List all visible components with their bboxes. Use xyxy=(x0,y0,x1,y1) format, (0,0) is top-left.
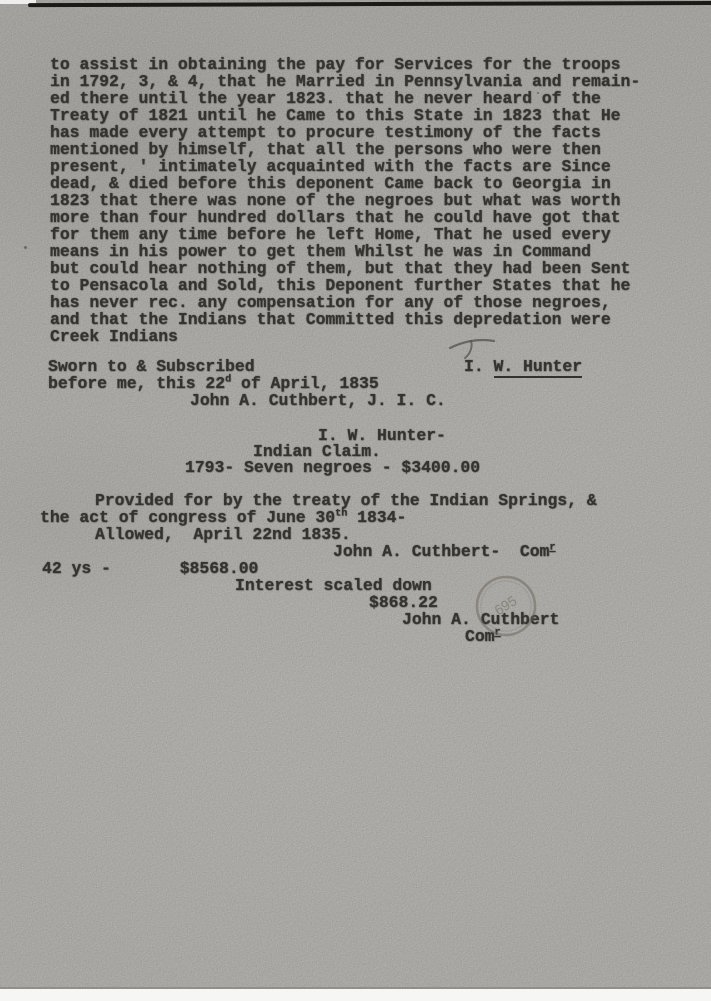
document-page: to assist in obtaining the pay for Servi… xyxy=(0,0,711,1001)
deposition-line: and that the Indians that Committed this… xyxy=(50,311,611,328)
commissioner-abbrev: r xyxy=(549,543,555,554)
provided-date-ordinal: th xyxy=(335,509,347,520)
deposition-line: for them any time before he left Home, T… xyxy=(50,226,611,243)
hunter-signature: I. W. Hunter xyxy=(464,358,582,375)
hunter-signature-initial: I. xyxy=(464,357,494,376)
typewritten-text-layer: to assist in obtaining the pay for Servi… xyxy=(0,0,711,1001)
deposition-line: means in his power to get them Whilst he… xyxy=(50,243,591,260)
allowed-line: Allowed, April 22nd 1835. xyxy=(95,526,351,543)
provided-line-2-year: 1834- xyxy=(347,508,406,527)
commissioner-name: John A. Cuthbert- Com xyxy=(333,542,549,561)
cuthbert-title-abbrev: r xyxy=(495,628,501,639)
provided-line-2: the act of congress of June 30th 1834- xyxy=(40,509,406,526)
deposition-line: ed there until the year 1823. that he ne… xyxy=(50,90,601,107)
deposition-line: has made every attempt to procure testim… xyxy=(50,124,601,141)
deposition-line: dead, & died before this deponent Came b… xyxy=(50,175,611,192)
deposition-line: 1823 that there was none of the negroes … xyxy=(50,192,621,209)
cuthbert-signature: John A. Cuthbert xyxy=(402,611,559,628)
provided-line-1: Provided for by the treaty of the Indian… xyxy=(95,492,597,509)
notary-signature: John A. Cuthbert, J. I. C. xyxy=(190,392,446,409)
deposition-line: mentioned by himself, that all the perso… xyxy=(50,141,601,158)
deposition-line: but could hear nothing of them, but that… xyxy=(50,260,630,277)
sworn-statement-line: Sworn to & Subscribed xyxy=(48,358,255,375)
deposition-line: has never rec. any compensation for any … xyxy=(50,294,611,311)
deposition-line: Creek Indians xyxy=(50,328,178,345)
hunter-signature-name: W. Hunter xyxy=(494,357,583,378)
commissioner-line: John A. Cuthbert- Comr xyxy=(333,543,556,560)
sworn-date-line: before me, this 22d of April, 1835 xyxy=(48,375,379,392)
deposition-line: Treaty of 1821 until he Came to this Sta… xyxy=(50,107,621,124)
deposition-line: to assist in obtaining the pay for Servi… xyxy=(50,56,621,73)
cuthbert-title-text: Com xyxy=(465,627,495,646)
cuthbert-title: Comr xyxy=(465,628,501,645)
deposition-line: more than four hundred dollars that he c… xyxy=(50,209,621,226)
deposition-line: to Pensacola and Sold, this Deponent fur… xyxy=(50,277,630,294)
interest-amount: $868.22 xyxy=(369,594,438,611)
deposition-line: in 1792, 3, & 4, that he Married in Penn… xyxy=(50,73,640,90)
interest-label: Interest scaled down xyxy=(235,577,432,594)
deposition-line: present, ' intimately acquainted with th… xyxy=(50,158,611,175)
amount-line: 42 ys - $8568.00 xyxy=(42,560,258,577)
claim-detail: 1793- Seven negroes - $3400.00 xyxy=(185,459,480,476)
